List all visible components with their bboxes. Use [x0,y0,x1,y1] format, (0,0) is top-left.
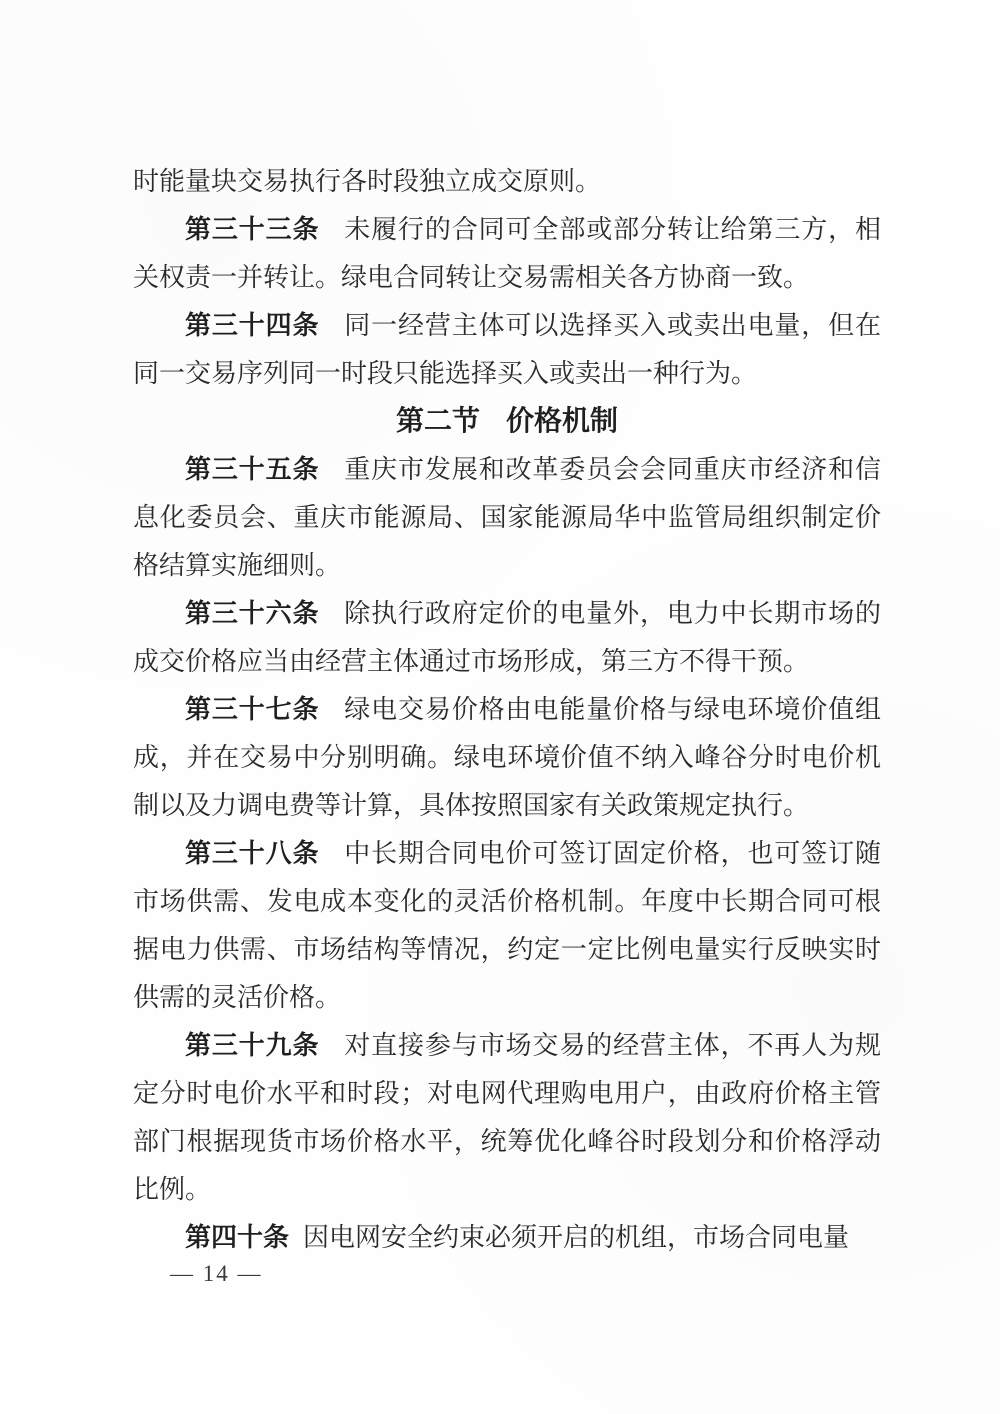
article-number: 第三十六条 [185,599,319,628]
article-paragraph: 第三十四条同一经营主体可以选择买入或卖出电量，但在同一交易序列同一时段只能选择买… [133,302,881,398]
continuation-paragraph: 时能量块交易执行各时段独立成交原则。 [133,158,881,206]
article-number: 第三十五条 [185,455,319,484]
article-paragraph: 第三十九条对直接参与市场交易的经营主体，不再人为规定分时电价水平和时段；对电网代… [133,1022,881,1214]
article-number: 第三十九条 [185,1031,319,1060]
article-text: 因电网安全约束必须开启的机组，市场合同电量 [303,1223,849,1252]
page-number: — 14 — [170,1259,263,1289]
document-page: 时能量块交易执行各时段独立成交原则。第三十三条未履行的合同可全部或部分转让给第三… [0,0,1000,1414]
section-heading: 第二节价格机制 [133,398,881,446]
article-text: 时能量块交易执行各时段独立成交原则。 [133,167,601,196]
article-paragraph: 第三十五条重庆市发展和改革委员会会同重庆市经济和信息化委员会、重庆市能源局、国家… [133,446,881,590]
article-number: 第三十七条 [185,695,319,724]
section-number: 第二节 [396,398,480,446]
article-number: 第四十条 [185,1223,289,1252]
article-paragraph: 第四十条因电网安全约束必须开启的机组，市场合同电量 [133,1214,881,1262]
article-number: 第三十四条 [185,311,319,340]
section-title: 价格机制 [506,398,618,446]
page-body: 时能量块交易执行各时段独立成交原则。第三十三条未履行的合同可全部或部分转让给第三… [133,158,881,1262]
article-paragraph: 第三十八条中长期合同电价可签订固定价格，也可签订随市场供需、发电成本变化的灵活价… [133,830,881,1022]
article-number: 第三十三条 [185,215,319,244]
article-number: 第三十八条 [185,839,319,868]
article-paragraph: 第三十六条除执行政府定价的电量外，电力中长期市场的成交价格应当由经营主体通过市场… [133,590,881,686]
article-paragraph: 第三十三条未履行的合同可全部或部分转让给第三方，相关权责一并转让。绿电合同转让交… [133,206,881,302]
article-paragraph: 第三十七条绿电交易价格由电能量价格与绿电环境价值组成，并在交易中分别明确。绿电环… [133,686,881,830]
